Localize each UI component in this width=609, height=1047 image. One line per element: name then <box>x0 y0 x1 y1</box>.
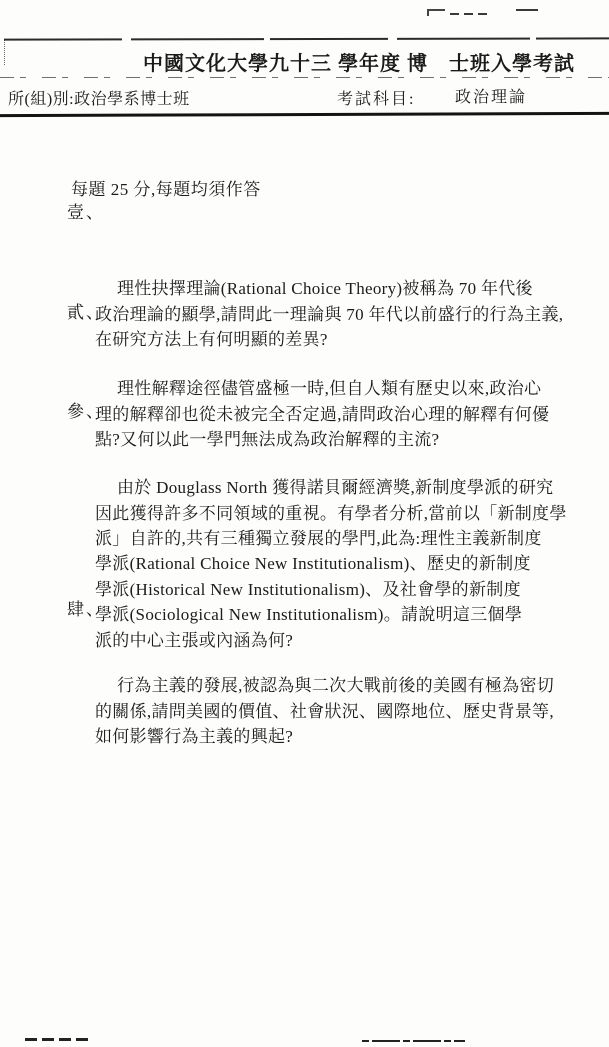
department-field: 所(組)別:政治學系博士班 <box>8 86 190 109</box>
exam-title: 中國文化大學九十三 學年度 博 士班入學考試 <box>143 47 575 76</box>
question-4-number: 肆、 <box>67 597 105 622</box>
scan-artifact-left-dotted-border <box>4 40 5 65</box>
question-2-number: 貳、 <box>67 300 105 325</box>
question-1-number: 壹、 <box>67 200 105 225</box>
subject-label: 考試科目: <box>337 86 415 109</box>
scan-artifact-bottom-left <box>25 1038 93 1041</box>
scan-artifact-top-right-dashes <box>450 13 492 15</box>
header-middle-rule <box>0 77 609 78</box>
question-3-number: 參、 <box>67 399 105 424</box>
scanned-exam-page: 中國文化大學九十三 學年度 博 士班入學考試 所(組)別:政治學系博士班 考試科… <box>0 0 609 1047</box>
scan-artifact-bottom-middle <box>362 1040 465 1042</box>
header-bottom-rule <box>0 112 609 117</box>
scan-artifact-top-right <box>427 9 445 16</box>
instructions-line: 每題 25 分,每題均須作答 <box>71 175 261 200</box>
scan-artifact-top-right-dash <box>516 9 538 11</box>
question-4-text: 行為主義的發展,被認為與二次大戰前後的美國有極為密切 的關係,請問美國的價值、社… <box>95 673 554 749</box>
question-4: 肆、 行為主義的發展,被認為與二次大戰前後的美國有極為密切 的關係,請問美國的價… <box>95 597 554 800</box>
header-top-rule <box>4 37 609 40</box>
subject-value: 政治理論 <box>455 84 527 107</box>
